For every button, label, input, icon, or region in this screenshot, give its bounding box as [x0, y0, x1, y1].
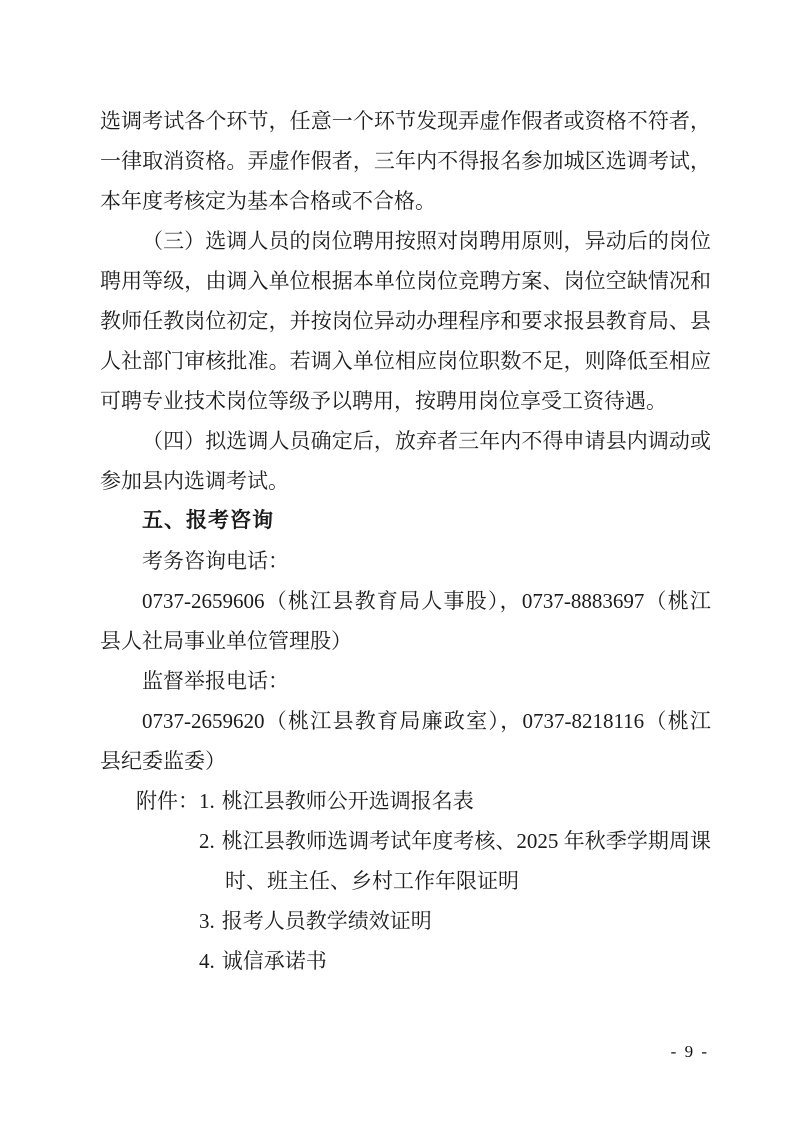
- paragraph-item-three: （三）选调人员的岗位聘用按照对岗聘用原则，异动后的岗位聘用等级，由调入单位根据本…: [100, 221, 711, 421]
- exam-phone-label: 考务咨询电话：: [100, 541, 711, 581]
- document-body: 选调考试各个环节，任意一个环节发现弄虚作假者或资格不符者，一律取消资格。弄虚作假…: [100, 101, 711, 981]
- attachments-list: 1.桃江县教师公开选调报名表 2.桃江县教师选调考试年度考核、2025 年秋季学…: [199, 781, 711, 981]
- paragraph-item-four: （四）拟选调人员确定后，放弃者三年内不得申请县内调动或参加县内选调考试。: [100, 421, 711, 501]
- attachments-block: 附件： 1.桃江县教师公开选调报名表 2.桃江县教师选调考试年度考核、2025 …: [100, 781, 711, 981]
- exam-phone-numbers: 0737-2659606（桃江县教育局人事股），0737-8883697（桃江县…: [100, 581, 711, 661]
- attachment-title: 桃江县教师选调考试年度考核、2025 年秋季学期周课时、班主任、乡村工作年限证明: [222, 829, 711, 893]
- attachment-item: 4.诚信承诺书: [199, 941, 711, 981]
- document-page: 选调考试各个环节，任意一个环节发现弄虚作假者或资格不符者，一律取消资格。弄虚作假…: [0, 0, 793, 1122]
- attachment-number: 4.: [199, 941, 215, 981]
- attachment-item: 2.桃江县教师选调考试年度考核、2025 年秋季学期周课时、班主任、乡村工作年限…: [199, 821, 711, 901]
- attachment-number: 2.: [199, 821, 215, 861]
- attachments-label: 附件：: [136, 781, 199, 821]
- attachment-number: 1.: [199, 781, 215, 821]
- report-phone-numbers: 0737-2659620（桃江县教育局廉政室），0737-8218116（桃江县…: [100, 701, 711, 781]
- attachment-title: 诚信承诺书: [222, 949, 327, 973]
- page-number: - 9 -: [671, 1042, 709, 1062]
- report-phone-label: 监督举报电话：: [100, 661, 711, 701]
- attachment-title: 桃江县教师公开选调报名表: [222, 789, 474, 813]
- paragraph-continuation: 选调考试各个环节，任意一个环节发现弄虚作假者或资格不符者，一律取消资格。弄虚作假…: [100, 101, 711, 221]
- attachment-title: 报考人员教学绩效证明: [222, 909, 432, 933]
- attachment-number: 3.: [199, 901, 215, 941]
- section-heading-consultation: 五、报考咨询: [100, 501, 711, 541]
- attachment-item: 3.报考人员教学绩效证明: [199, 901, 711, 941]
- attachment-item: 1.桃江县教师公开选调报名表: [199, 781, 711, 821]
